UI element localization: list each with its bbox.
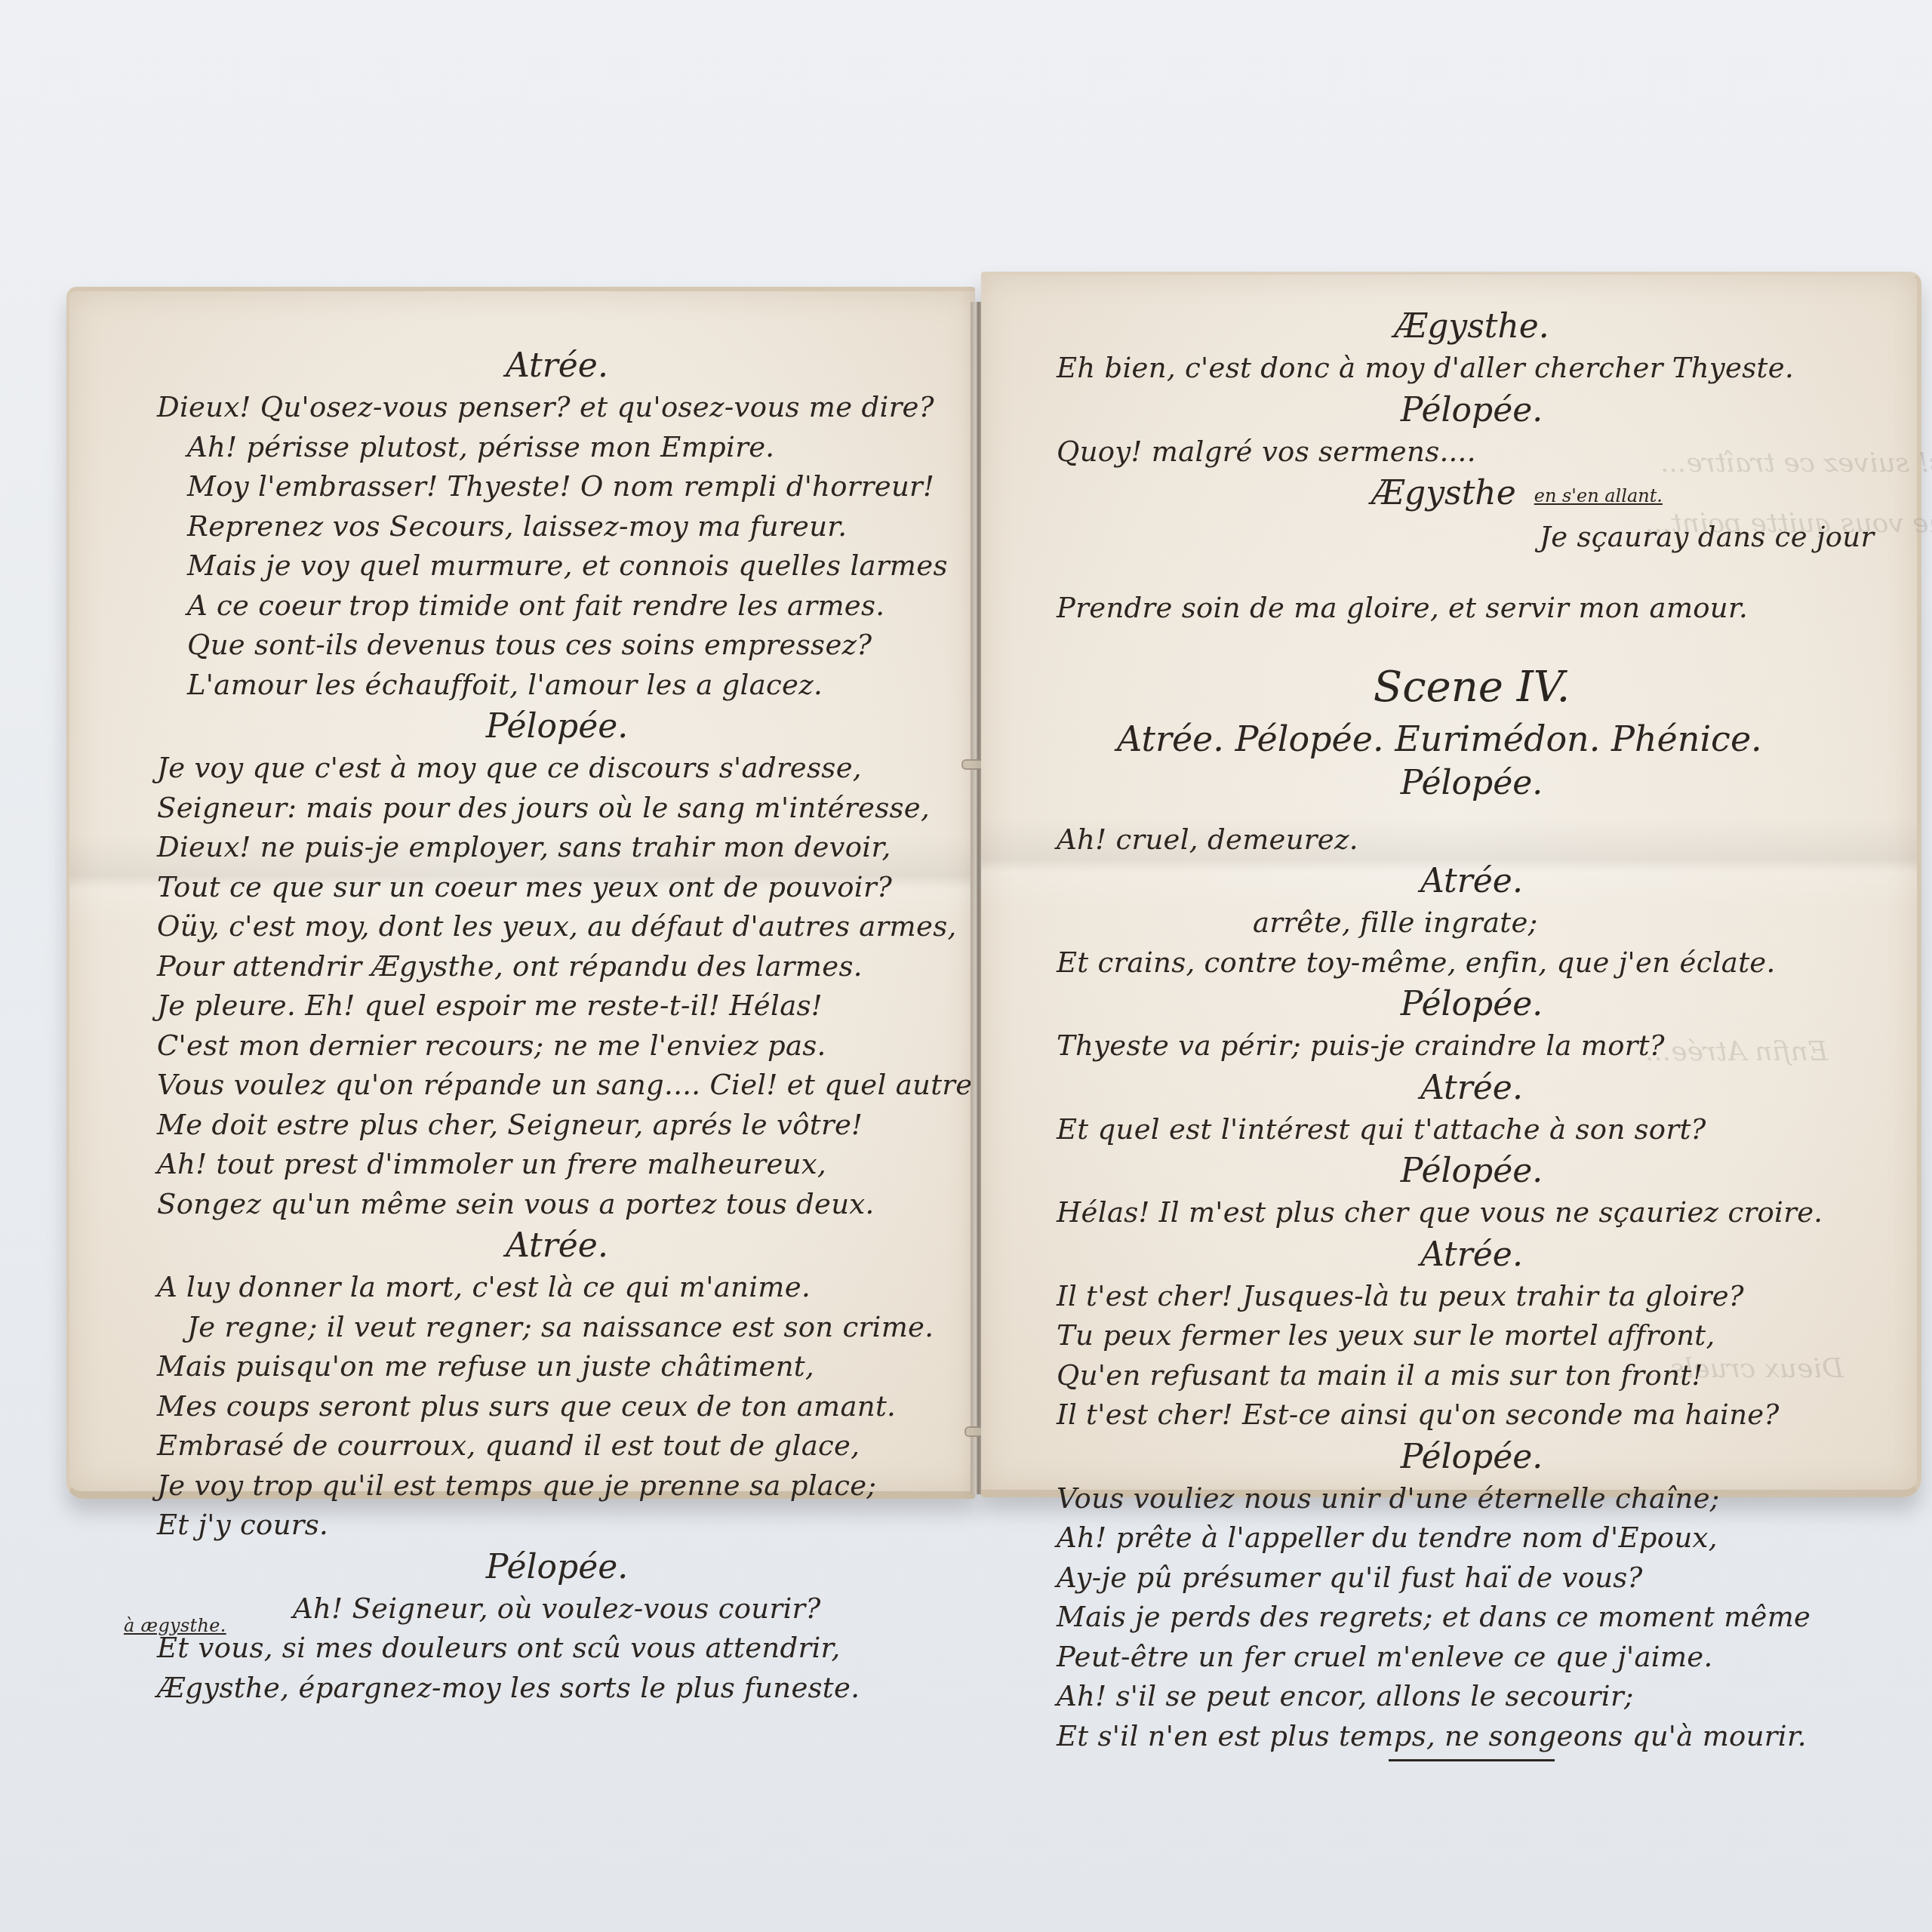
left-page-text: Atrée. Dieux! Qu'osez-vous penser? et qu… xyxy=(157,344,957,1708)
verse-line: Eh bien, c'est donc à moy d'aller cherch… xyxy=(1057,349,1887,389)
verse-line: Je pleure. Eh! quel espoir me reste-t-il… xyxy=(157,986,957,1026)
verse-line: Je regne; il veut regner; sa naissance e… xyxy=(157,1308,957,1348)
verse-line: Il t'est cher! Jusques-là tu peux trahir… xyxy=(1057,1277,1887,1317)
speaker-name: Pélopée. xyxy=(157,1546,957,1589)
verse-line: Mais je perds des regrets; et dans ce mo… xyxy=(1057,1598,1887,1638)
open-manuscript: Atrée. Dieux! Qu'osez-vous penser? et qu… xyxy=(66,272,1923,1517)
verse-line: Quoy! malgré vos sermens.... xyxy=(1057,432,1887,472)
speaker-name: Atrée. xyxy=(1057,860,1887,903)
verse-line: A ce coeur trop timide ont fait rendre l… xyxy=(157,586,957,626)
verse-line: Reprenez vos Secours, laissez-moy ma fur… xyxy=(157,507,957,547)
verse-line: Et quel est l'intérest qui t'attache à s… xyxy=(1057,1110,1887,1150)
speaker-name: Pélopée. xyxy=(1057,1149,1887,1193)
verse-line: Je voy trop qu'il est temps que je prenn… xyxy=(157,1466,957,1506)
left-page: Atrée. Dieux! Qu'osez-vous penser? et qu… xyxy=(66,287,975,1499)
verse-line: Il t'est cher! Est-ce ainsi qu'on second… xyxy=(1057,1395,1887,1435)
stage-direction: en s'en allant. xyxy=(1534,474,1663,518)
verse-line: Me doit estre plus cher, Seigneur, aprés… xyxy=(157,1106,957,1146)
scene-cast-list: Atrée. Pélopée. Eurimédon. Phénice. xyxy=(1057,716,1887,761)
verse-line: Je voy que c'est à moy que ce discours s… xyxy=(157,749,957,789)
verse-line: Ægysthe, épargnez-moy les sorts le plus … xyxy=(157,1669,957,1709)
verse-line: Songez qu'un même sein vous a portez tou… xyxy=(157,1185,957,1225)
verse-line: Ah! périsse plutost, périsse mon Empire. xyxy=(157,428,957,468)
verse-line: Ah! prête à l'appeller du tendre nom d'E… xyxy=(1057,1518,1887,1558)
speaker-name: Pélopée. xyxy=(1057,1435,1887,1479)
verse-line: Ah! cruel, demeurez. xyxy=(1057,820,1887,860)
verse-line: Pour attendrir Ægysthe, ont répandu des … xyxy=(157,947,957,987)
verse-text: Et vous, si mes douleurs ont scû vous at… xyxy=(157,1632,841,1664)
speaker-name: Pélopée. xyxy=(1057,761,1887,805)
verse-line: C'est mon dernier recours; ne me l'envie… xyxy=(157,1026,957,1066)
verse-line: Et j'y cours. xyxy=(157,1506,957,1546)
verse-line: Dieux! Qu'osez-vous penser? et qu'osez-v… xyxy=(157,388,957,428)
speaker-name: Ægysthe. xyxy=(1057,305,1887,349)
verse-line: Ah! s'il se peut encor, allons le secour… xyxy=(1057,1677,1887,1717)
verse-line: Que sont-ils devenus tous ces soins empr… xyxy=(157,626,957,666)
verse-line: Peut-être un fer cruel m'enleve ce que j… xyxy=(1057,1638,1887,1678)
verse-line: Prendre soin de ma gloire, et servir mon… xyxy=(1057,589,1887,629)
right-page: Gardes! suivez ce traître... Je ne vous … xyxy=(981,272,1921,1497)
verse-line: Je sçauray dans ce jour xyxy=(1057,518,1887,558)
verse-line: Vous voulez qu'on répande un sang.... Ci… xyxy=(157,1066,957,1106)
verse-line-with-stage-direction: à ægysthe. Et vous, si mes douleurs ont … xyxy=(157,1629,957,1669)
verse-line: A luy donner la mort, c'est là ce qui m'… xyxy=(157,1268,957,1308)
speaker-name: Pélopée. xyxy=(157,705,957,749)
verse-line: Embrasé de courroux, quand il est tout d… xyxy=(157,1426,957,1466)
verse-line: Dieux! ne puis-je employer, sans trahir … xyxy=(157,828,957,868)
verse-line: Moy l'embrasser! Thyeste! O nom rempli d… xyxy=(157,467,957,507)
verse-line: Vous vouliez nous unir d'une éternelle c… xyxy=(1057,1479,1887,1519)
verse-line: L'amour les échauffoit, l'amour les a gl… xyxy=(157,666,957,706)
speaker-name: Atrée. xyxy=(157,344,957,388)
right-page-text: Ægysthe. Eh bien, c'est donc à moy d'all… xyxy=(1057,305,1887,1761)
verse-line: Ah! tout prest d'immoler un frere malheu… xyxy=(157,1145,957,1185)
speaker-name: Atrée. xyxy=(1057,1233,1887,1277)
verse-line: Thyeste va périr; puis-je craindre la mo… xyxy=(1057,1026,1887,1066)
scene-heading: Scene IV. xyxy=(1057,659,1887,716)
speaker-name: Atrée. xyxy=(1057,1066,1887,1110)
verse-line: Hélas! Il m'est plus cher que vous ne sç… xyxy=(1057,1193,1887,1233)
verse-line: arrête, fille ingrate; xyxy=(1057,903,1887,943)
verse-line: Ah! Seigneur, où voulez-vous courir? xyxy=(157,1589,957,1629)
speaker-name: Atrée. xyxy=(157,1224,957,1268)
verse-line: Ay-je pû présumer qu'il fust haï de vous… xyxy=(1057,1558,1887,1598)
speaker-name: Pélopée. xyxy=(1057,389,1887,432)
verse-line: Tout ce que sur un coeur mes yeux ont de… xyxy=(157,868,957,908)
end-flourish xyxy=(1389,1759,1555,1761)
verse-line: Mais puisqu'on me refuse un juste châtim… xyxy=(157,1347,957,1387)
verse-line: Et crains, contre toy-même, enfin, que j… xyxy=(1057,943,1887,983)
verse-line: Oüy, c'est moy, dont les yeux, au défaut… xyxy=(157,907,957,947)
verse-line: Mais je voy quel murmure, et connois que… xyxy=(157,546,957,586)
verse-line: Et s'il n'en est plus temps, ne songeons… xyxy=(1057,1717,1887,1757)
speaker-name: Ægysthe xyxy=(1371,474,1516,512)
verse-line: Mes coups seront plus surs que ceux de t… xyxy=(157,1387,957,1427)
verse-line: Seigneur: mais pour des jours où le sang… xyxy=(157,789,957,829)
verse-line: Qu'en refusant ta main il a mis sur ton … xyxy=(1057,1356,1887,1396)
verse-line: Tu peux fermer les yeux sur le mortel af… xyxy=(1057,1316,1887,1356)
speaker-name: Pélopée. xyxy=(1057,983,1887,1026)
stage-direction: à ægysthe. xyxy=(124,1606,226,1646)
speaker-name-with-direction: Ægysthe en s'en allant. xyxy=(1057,472,1887,518)
